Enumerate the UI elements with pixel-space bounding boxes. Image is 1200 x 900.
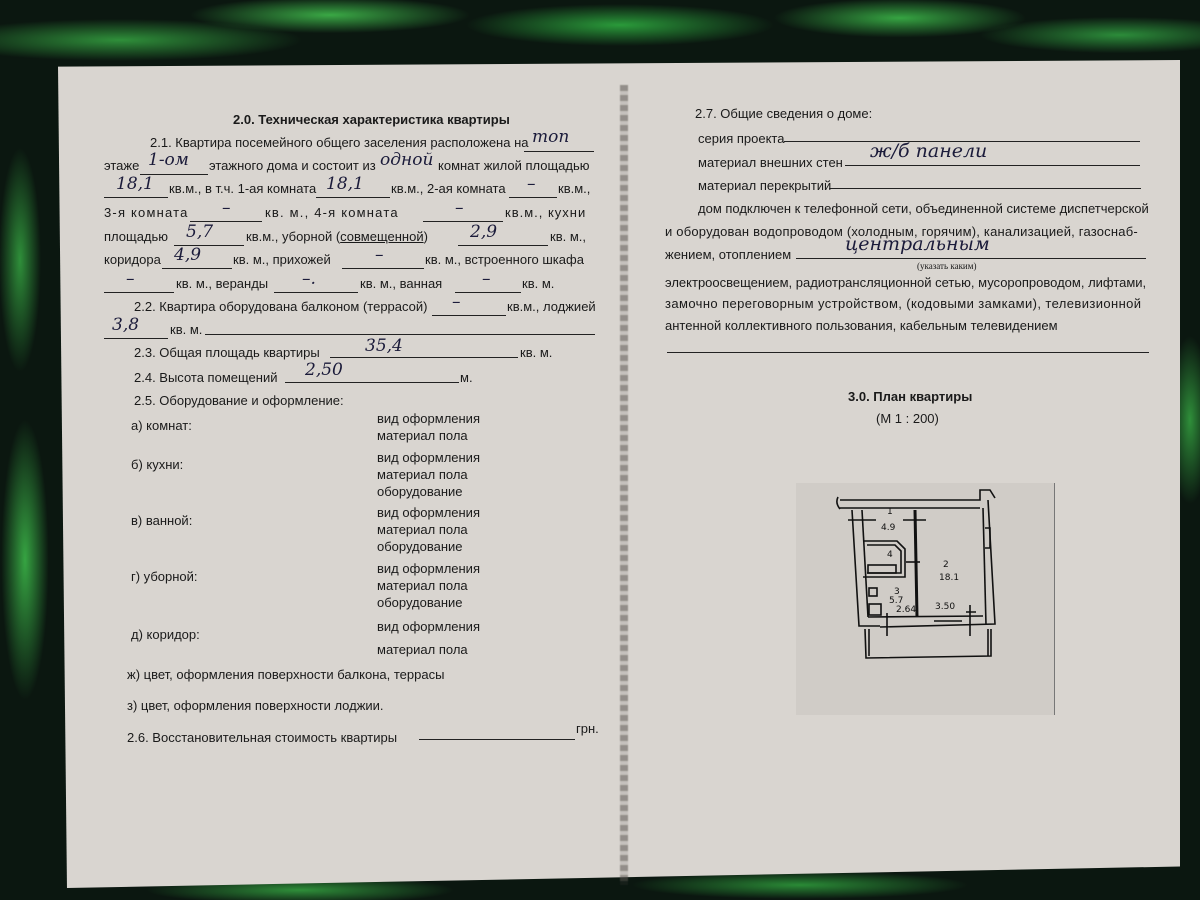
plan-room1-area: 4.9 — [881, 523, 896, 533]
plan-dim-kitchen: 2.64 — [896, 605, 916, 615]
plan-room1-num: 1 — [887, 507, 893, 517]
plan-dim-room: 3.50 — [935, 602, 955, 612]
floor-plan-drawing: 1 4.9 2 18.1 3 5.7 2.64 3.50 4 — [0, 0, 1200, 900]
plan-room2-num: 2 — [943, 560, 949, 570]
plan-room2-area: 18.1 — [939, 573, 959, 583]
plan-room4-num: 4 — [887, 550, 893, 560]
